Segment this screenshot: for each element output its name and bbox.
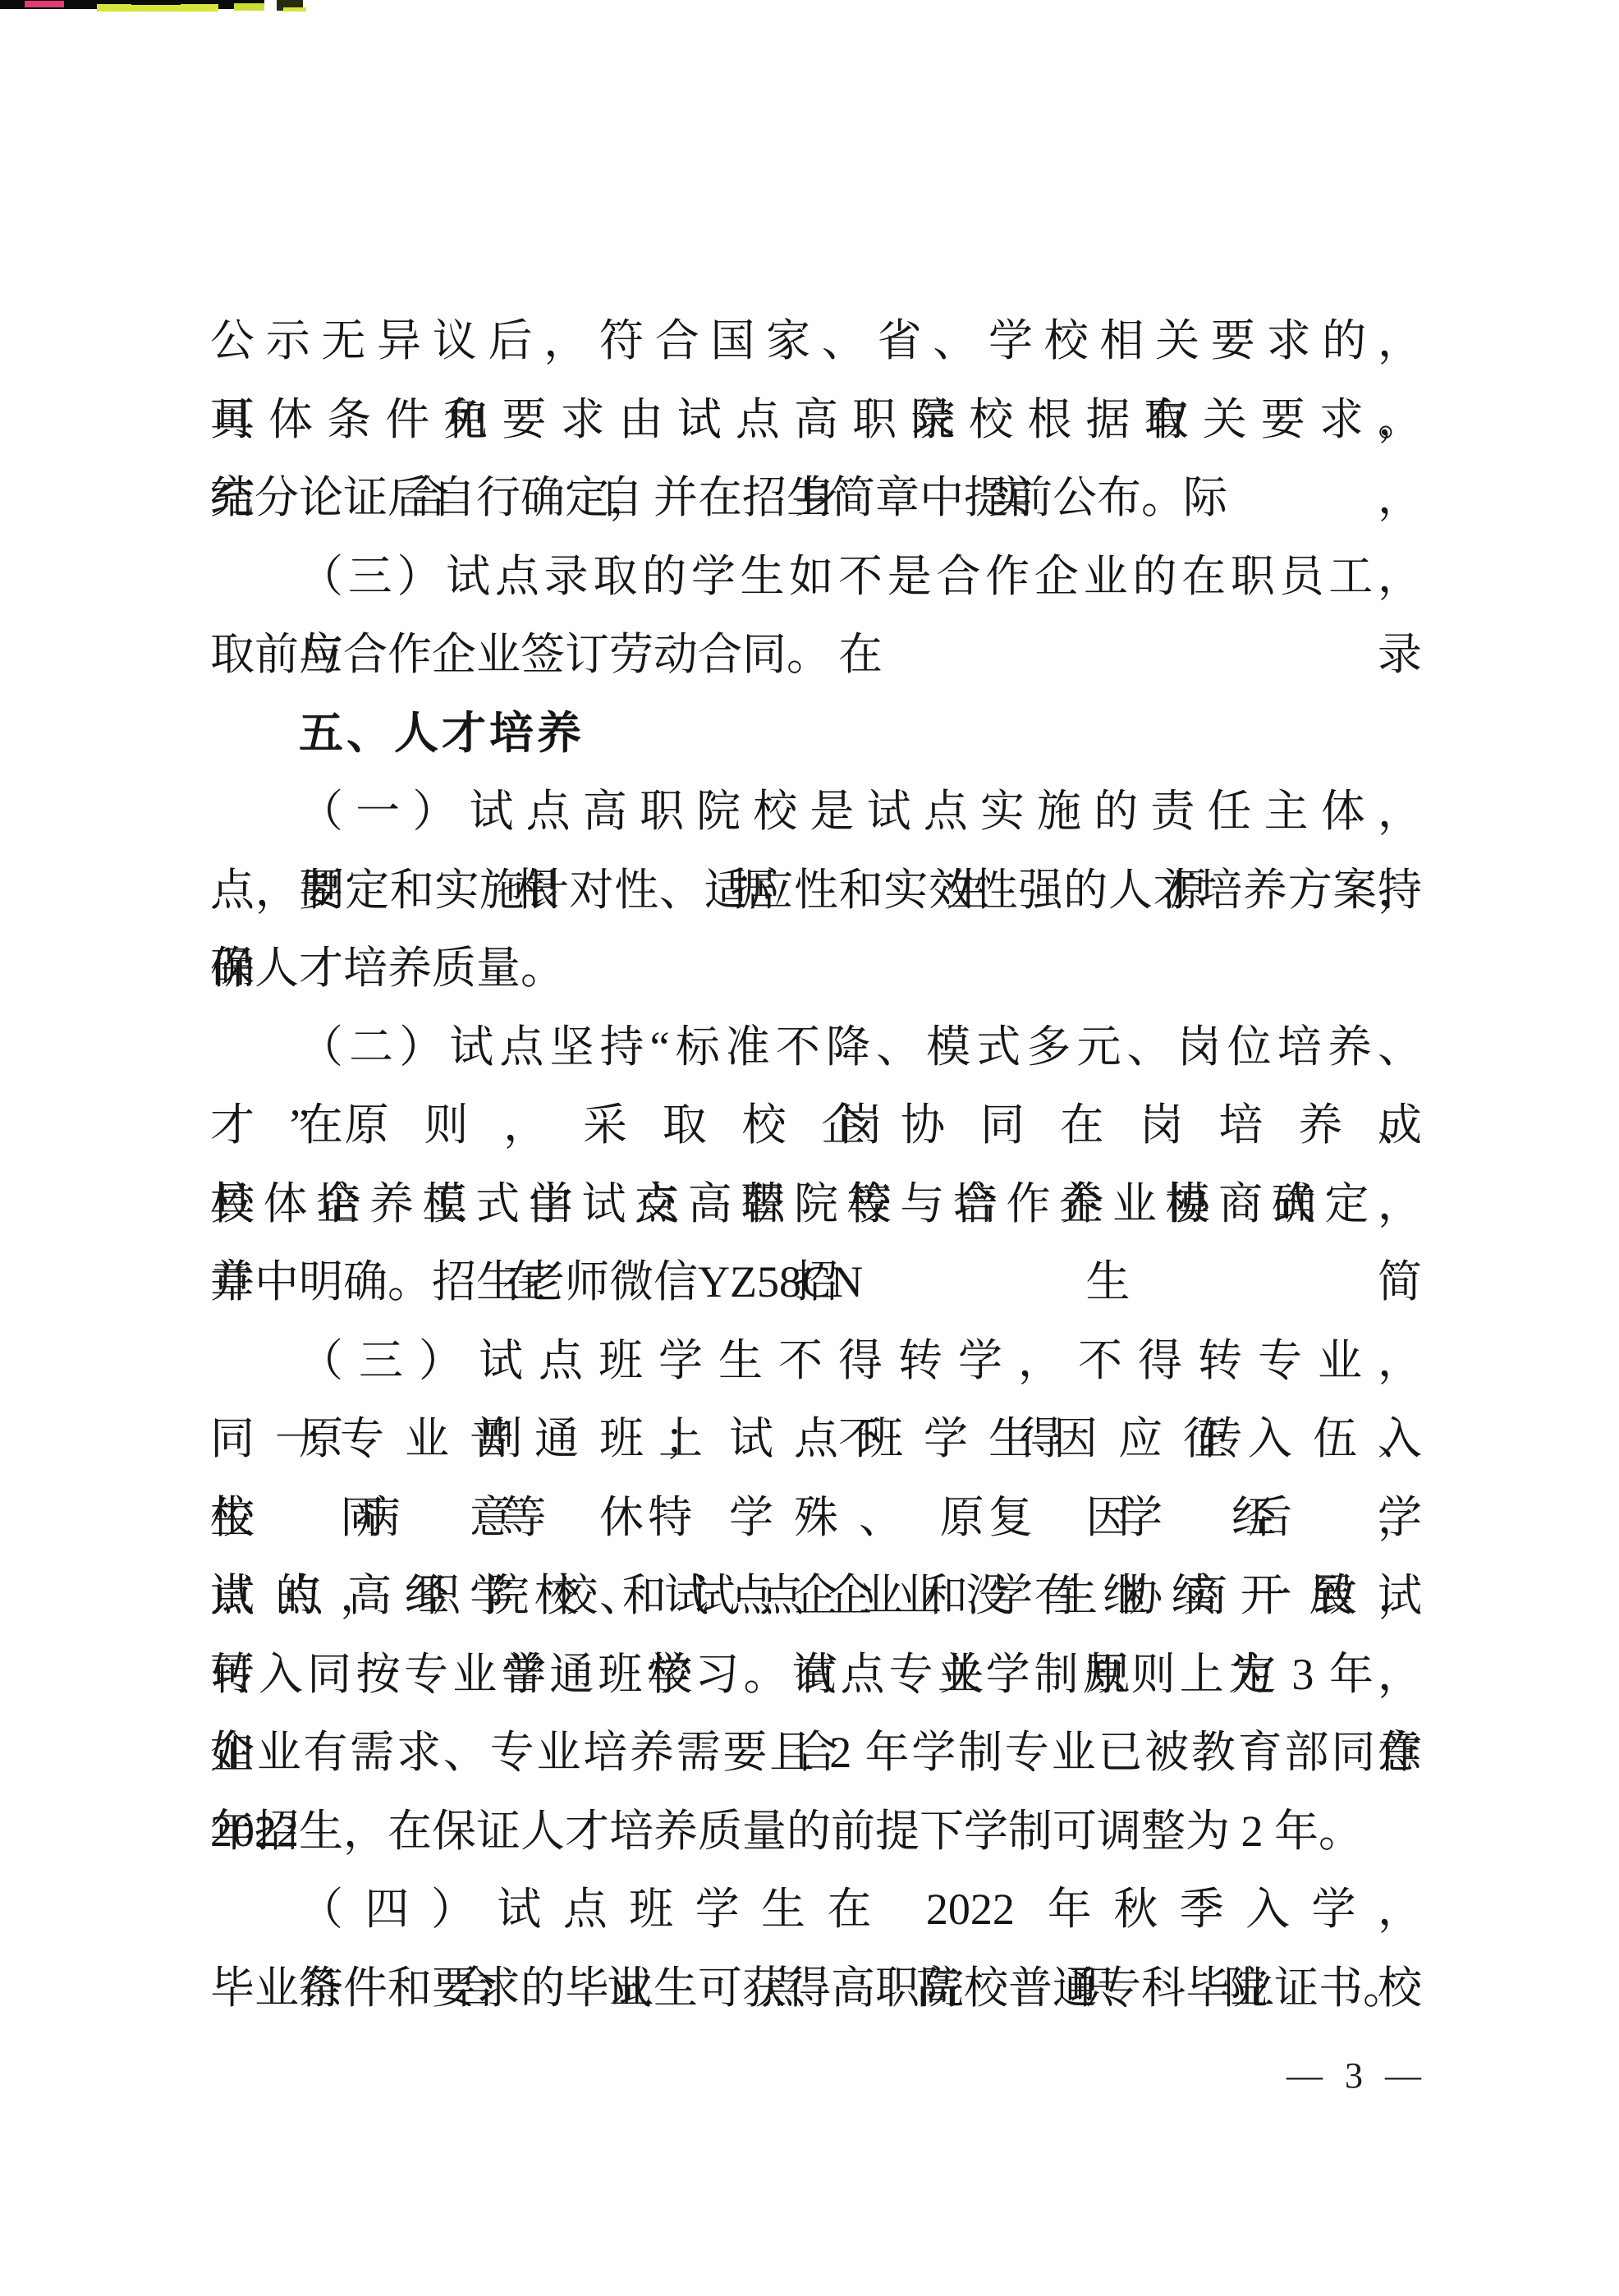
- text-line: （二）试点坚持“标准不降、模式多元、岗位培养、在岗成: [210, 1008, 1422, 1087]
- text-line: （一）试点高职院校是试点实施的责任主体，要根据生源特: [210, 773, 1422, 852]
- scan-artifact-segment: [283, 7, 306, 11]
- text-line: 点，制定和实施针对性、适应性和实效性强的人才培养方案，确: [210, 852, 1422, 930]
- scan-artifact-segment: [234, 3, 264, 11]
- text-line: 公示无异议后，符合国家、省、学校相关要求的，可免试录取。: [210, 302, 1422, 381]
- scan-artifact-strip: [0, 0, 1619, 16]
- scan-artifact-segment: [131, 0, 181, 5]
- text-line: 毕业条件和要求的毕业生可获得高职院校普通专科毕业证书。: [210, 1949, 1422, 2028]
- text-line: 具体培养模式由试点高职院校与合作企业协商确定，并在招生简: [210, 1165, 1422, 1244]
- text-line: 年招生，在保证人才培养质量的前提下学制可调整为 2 年。: [210, 1793, 1422, 1871]
- text-line: 保人才培养质量。: [210, 930, 1422, 1008]
- text-line: 五、人才培养: [210, 695, 1422, 774]
- text-line: 点的，经学校、试点企业和学生协商一致，可按学校有关规定，: [210, 1557, 1422, 1636]
- text-line: 校同意休学、复学后，试点高职院校和试点企业没有继续开展试: [210, 1479, 1422, 1558]
- text-line: 具体条件和要求由试点高职院校根据有关要求，结合自身实际，: [210, 381, 1422, 460]
- document-body-text: 公示无异议后，符合国家、省、学校相关要求的，可免试录取。具体条件和要求由试点高职…: [210, 302, 1422, 2027]
- text-line: （三）试点班学生不得转学，不得转专业，原则上不得转入: [210, 1322, 1422, 1401]
- scan-artifact-segment: [25, 1, 64, 7]
- text-line: 企业有需求、专业培养需要且 2 年学制专业已被教育部同意 2022: [210, 1714, 1422, 1793]
- text-line: 才”原则，采取校企协同在岗培养、校企工学交替等培养模式，: [210, 1086, 1422, 1165]
- text-line: （三）试点录取的学生如不是合作企业的在职员工，应在录: [210, 538, 1422, 617]
- text-line: 同一专业普通班；试点班学生因应征入伍、生病等特殊原因经学: [210, 1400, 1422, 1479]
- document-page: { "page": { "background": "#ffffff", "te…: [0, 0, 1619, 2296]
- text-line: 转入同一专业普通班学习。试点专业学制原则上为 3 年，如合作: [210, 1636, 1422, 1715]
- text-line: （四）试点班学生在 2022 年秋季入学，符合试点高职院校: [210, 1871, 1422, 1949]
- page-number: — 3 —: [1279, 2051, 1435, 2101]
- scan-artifact-segment: [97, 4, 218, 11]
